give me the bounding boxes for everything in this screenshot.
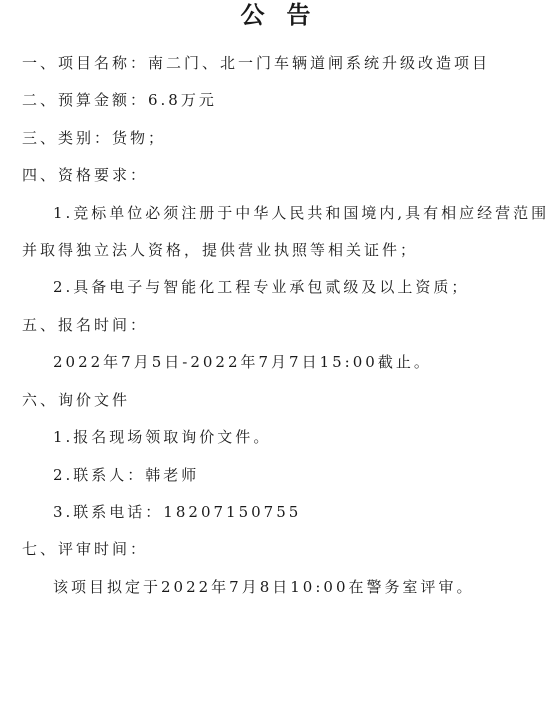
item-category: 三、类别：货物； — [22, 128, 166, 148]
inquiry-docs-1: 1.报名现场领取询价文件。 — [53, 427, 271, 447]
item-registration-heading: 五、报名时间： — [22, 315, 148, 335]
review-detail: 该项目拟定于2022年7月8日10:00在警务室评审。 — [53, 577, 475, 597]
contact-phone: 3.联系电话：18207150755 — [53, 502, 301, 522]
item-inquiry-docs-heading: 六、询价文件 — [22, 390, 130, 410]
item-qualification-heading: 四、资格要求： — [22, 165, 148, 185]
qualification-1: 1.竞标单位必须注册于中华人民共和国境内,具有相应经营范围 — [53, 203, 549, 223]
item-review-heading: 七、评审时间： — [22, 539, 148, 559]
page-title: 公告 — [0, 0, 551, 30]
qualification-1-continued: 并取得独立法人资格，提供营业执照等相关证件； — [22, 240, 418, 260]
item-project-name: 一、项目名称：南二门、北一门车辆道闸系统升级改造项目 — [22, 53, 490, 73]
qualification-2: 2.具备电子与智能化工程专业承包贰级及以上资质； — [53, 277, 469, 297]
registration-period: 2022年7月5日-2022年7月7日15:00截止。 — [53, 352, 432, 372]
item-budget: 二、预算金额：6.8万元 — [22, 90, 217, 110]
contact-person: 2.联系人：韩老师 — [53, 465, 199, 485]
